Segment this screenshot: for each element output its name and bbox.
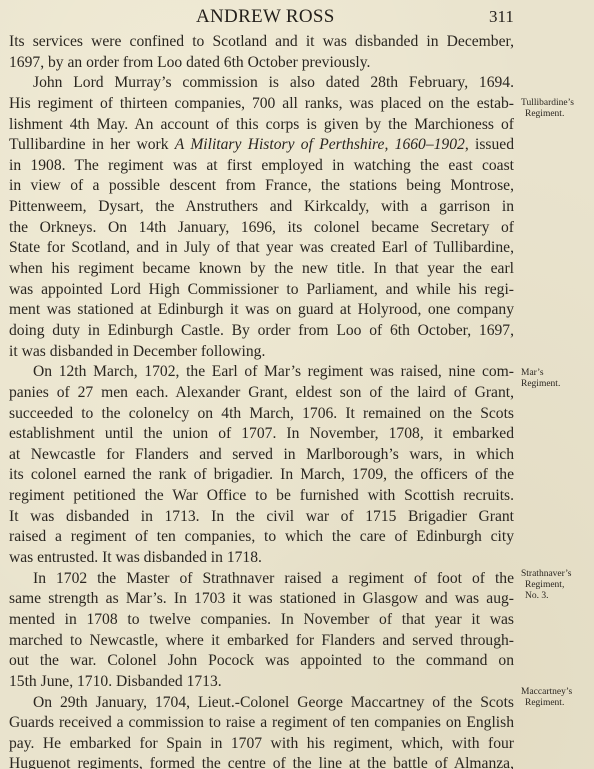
- text-line: regiment petitioned the War Office to be…: [9, 486, 514, 507]
- text-line: pay. He embarked for Spain in 1707 with …: [9, 734, 514, 755]
- margin-note-line: Mar’s: [521, 368, 560, 379]
- text-line: was entrusted. It was disbanded in 1718.: [9, 548, 514, 569]
- text-line: when his regiment became known by the ne…: [9, 259, 514, 280]
- text-line: establishment until the union of 1707. I…: [9, 424, 514, 445]
- text-line: in view of a possible descent from Franc…: [9, 176, 514, 197]
- text-fragment: Tullibardine in her work: [9, 136, 175, 153]
- paragraph-start-line: John Lord Murray’s commission is also da…: [9, 73, 514, 94]
- margin-note-line: Maccartney’s: [521, 687, 572, 698]
- text-line-with-book-title: Tullibardine in her work A Military Hist…: [9, 135, 514, 156]
- text-line: Huguenot regiments, formed the centre of…: [9, 754, 514, 769]
- text-line: It was disbanded in 1713. In the civil w…: [9, 507, 514, 528]
- margin-note-line: Regiment,: [521, 580, 571, 591]
- running-head: ANDREW ROSS: [196, 6, 335, 28]
- margin-note-line: No. 3.: [521, 591, 571, 602]
- text-line: 1697, by an order from Loo dated 6th Oct…: [9, 53, 514, 74]
- text-line: His regiment of thirteen companies, 700 …: [9, 94, 514, 115]
- margin-note-mar: Mar’s Regiment.: [521, 368, 560, 390]
- text-line: Guards received a commission to raise a …: [9, 713, 514, 734]
- text-line: raised a regiment of ten companies, to w…: [9, 527, 514, 548]
- text-line: was appointed Lord High Commissioner to …: [9, 280, 514, 301]
- text-line: the Orkneys. On 14th January, 1696, its …: [9, 218, 514, 239]
- text-line: succeeded to the colonelcy on 4th March,…: [9, 404, 514, 425]
- text-line: lishment 4th May. An account of this cor…: [9, 115, 514, 136]
- book-title: A Military History of Perthshire, 1660–1…: [175, 136, 465, 153]
- margin-note-line: Regiment.: [521, 109, 574, 120]
- page-number: 311: [489, 7, 514, 27]
- margin-note-line: Strathnaver’s: [521, 569, 571, 580]
- margin-note-line: Tullibardine’s: [521, 98, 574, 109]
- text-line: doing duty in Edinburgh Castle. By order…: [9, 321, 514, 342]
- text-line: marched to Newcastle, where it embarked …: [9, 631, 514, 652]
- text-line: it was disbanded in December following.: [9, 342, 514, 363]
- text-line: 15th June, 1710. Disbanded 1713.: [9, 672, 514, 693]
- page-header: ANDREW ROSS 311: [0, 4, 594, 28]
- text-line: ment was stationed at Edinburgh it was o…: [9, 300, 514, 321]
- text-line: panies of 27 men each. Alexander Grant, …: [9, 383, 514, 404]
- paragraph-start-line: On 12th March, 1702, the Earl of Mar’s r…: [9, 362, 514, 383]
- text-line: same strength as Mar’s. In 1703 it was s…: [9, 589, 514, 610]
- text-line: State for Scotland, and in July of that …: [9, 238, 514, 259]
- text-line: Its services were confined to Scotland a…: [9, 32, 514, 53]
- paragraph-start-line: On 29th January, 1704, Lieut.-Colonel Ge…: [9, 693, 514, 714]
- text-line: its colonel earned the rank of brigadier…: [9, 465, 514, 486]
- margin-note-maccartney: Maccartney’s Regiment.: [521, 687, 572, 709]
- margin-note-tullibardine: Tullibardine’s Regiment.: [521, 98, 574, 120]
- text-line: in 1908. The regiment was at first emplo…: [9, 156, 514, 177]
- text-line: mented in 1708 to twelve companies. In N…: [9, 610, 514, 631]
- margin-note-line: Regiment.: [521, 698, 572, 709]
- text-line: at Newcastle for Flanders and served in …: [9, 445, 514, 466]
- text-line: out the war. Colonel John Pocock was app…: [9, 651, 514, 672]
- body-text: Its services were confined to Scotland a…: [9, 32, 514, 769]
- paragraph-start-line: In 1702 the Master of Strathnaver raised…: [9, 569, 514, 590]
- margin-note-strathnaver: Strathnaver’s Regiment, No. 3.: [521, 569, 571, 602]
- text-fragment: , issued: [465, 136, 514, 153]
- margin-note-line: Regiment.: [521, 379, 560, 390]
- text-line: Pittenweem, Dysart, the Anstruthers and …: [9, 197, 514, 218]
